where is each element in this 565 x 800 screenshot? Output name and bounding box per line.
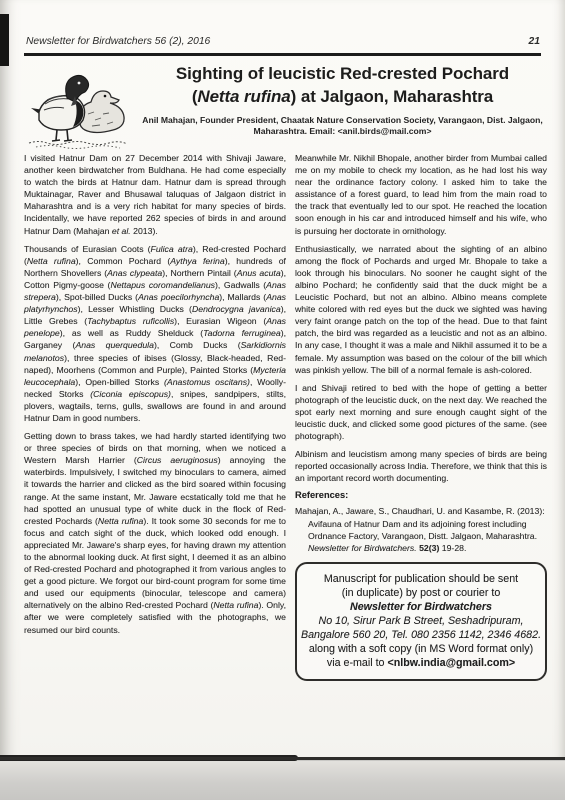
article-paragraph: Albinism and leucistism among many speci… <box>295 448 547 484</box>
header-rule <box>24 53 541 56</box>
title-block: Sighting of leucistic Red-crested Pochar… <box>138 58 547 150</box>
reference-entry: Mahajan, A., Jaware, S., Chaudhari, U. a… <box>295 505 547 553</box>
duck-pair-illustration <box>24 58 138 150</box>
scan-bed-area <box>0 761 565 800</box>
manuscript-box-line: along with a soft copy (in MS Word forma… <box>300 642 542 656</box>
page-number: 21 <box>529 36 540 47</box>
manuscript-box-line: No 10, Sirur Park B Street, Seshadripura… <box>300 614 542 628</box>
manuscript-box-line: (in duplicate) by post or courier to <box>300 586 542 600</box>
manuscript-box-line: Manuscript for publication should be sen… <box>300 572 542 586</box>
article-paragraph: Thousands of Eurasian Coots (Fulica atra… <box>24 243 286 424</box>
running-header: Newsletter for Birdwatchers 56 (2), 2016… <box>26 36 540 47</box>
article-title-line2: (Netta rufina) at Jalgaon, Maharashtra <box>138 85 547 108</box>
manuscript-box-line: via e-mail to <nlbw.india@gmail.com> <box>300 656 542 670</box>
masthead: Sighting of leucistic Red-crested Pochar… <box>24 58 547 150</box>
article-paragraph: Meanwhile Mr. Nikhil Bhopale, another bi… <box>295 152 547 237</box>
manuscript-box-line: Newsletter for Birdwatchers <box>300 600 542 614</box>
left-column: I visited Hatnur Dam on 27 December 2014… <box>24 152 286 681</box>
scan-artifact-page-edge-line <box>0 757 565 760</box>
right-column: Meanwhile Mr. Nikhil Bhopale, another bi… <box>295 152 547 681</box>
article-byline: Anil Mahajan, Founder President, Chaatak… <box>138 115 547 137</box>
scanned-newsletter-page: Newsletter for Birdwatchers 56 (2), 2016… <box>0 0 565 800</box>
journal-title: Newsletter for Birdwatchers 56 (2), 2016 <box>26 36 210 47</box>
article-paragraph: I and Shivaji retired to bed with the ho… <box>295 382 547 442</box>
article-paragraph: Enthusiastically, we narrated about the … <box>295 243 547 376</box>
article-paragraph: I visited Hatnur Dam on 27 December 2014… <box>24 152 286 237</box>
manuscript-submission-box: Manuscript for publication should be sen… <box>295 562 547 682</box>
scan-artifact-corner-strip <box>0 14 9 66</box>
manuscript-box-line: Bangalore 560 20, Tel. 080 2356 1142, 23… <box>300 628 542 642</box>
article-paragraph: Getting down to brass takes, we had hard… <box>24 430 286 636</box>
article-title-line1: Sighting of leucistic Red-crested Pochar… <box>138 62 547 85</box>
article-body: I visited Hatnur Dam on 27 December 2014… <box>24 152 547 681</box>
references-heading: References: <box>295 490 547 500</box>
